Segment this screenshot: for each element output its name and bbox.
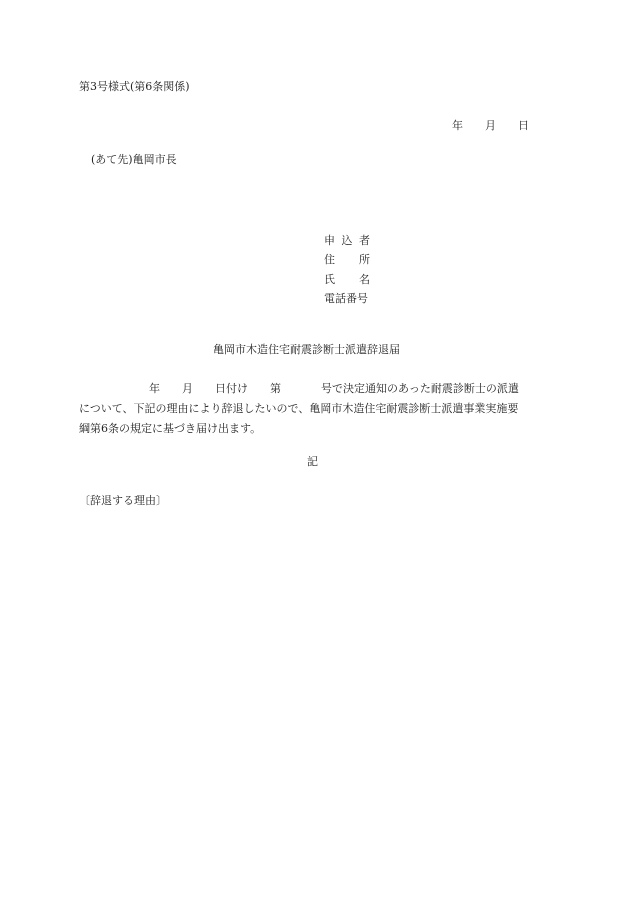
form-number: 第3号様式(第6条関係) <box>79 80 190 94</box>
applicant-row: 申 込 者 <box>324 231 370 251</box>
document-title: 亀岡市木造住宅耐震診断士派遣辞退届 <box>213 343 400 357</box>
name-label: 氏 名 <box>324 273 370 287</box>
applicant-block: 申 込 者 住 所 氏 名 電話番号 <box>324 231 370 309</box>
body-paragraph: 年月日付け第号で決定通知のあった耐震診断士の派遣 について、下記の理由により辞退… <box>79 379 559 439</box>
month-label: 月 <box>485 119 496 133</box>
name-row: 氏 名 <box>324 270 370 290</box>
body-line-1: 年月日付け第号で決定通知のあった耐震診断士の派遣 <box>79 379 559 399</box>
day-label: 日 <box>518 119 529 133</box>
address-label: 住 所 <box>324 253 370 267</box>
date-line: 年月日 <box>452 119 529 133</box>
phone-label: 電話番号 <box>324 292 368 306</box>
applicant-label: 申 込 者 <box>324 234 370 248</box>
address-row: 住 所 <box>324 251 370 271</box>
note-mark: 記 <box>307 455 318 469</box>
body-line-2: について、下記の理由により辞退したいので、亀岡市木造住宅耐震診断士派遣事業実施要 <box>79 399 559 419</box>
phone-row: 電話番号 <box>324 290 370 310</box>
addressee: (あて先)亀岡市長 <box>91 153 177 167</box>
year-label: 年 <box>452 119 463 133</box>
body-line-3: 綱第6条の規定に基づき届け出ます。 <box>79 419 559 439</box>
reason-heading: 〔辞退する理由〕 <box>79 494 167 508</box>
